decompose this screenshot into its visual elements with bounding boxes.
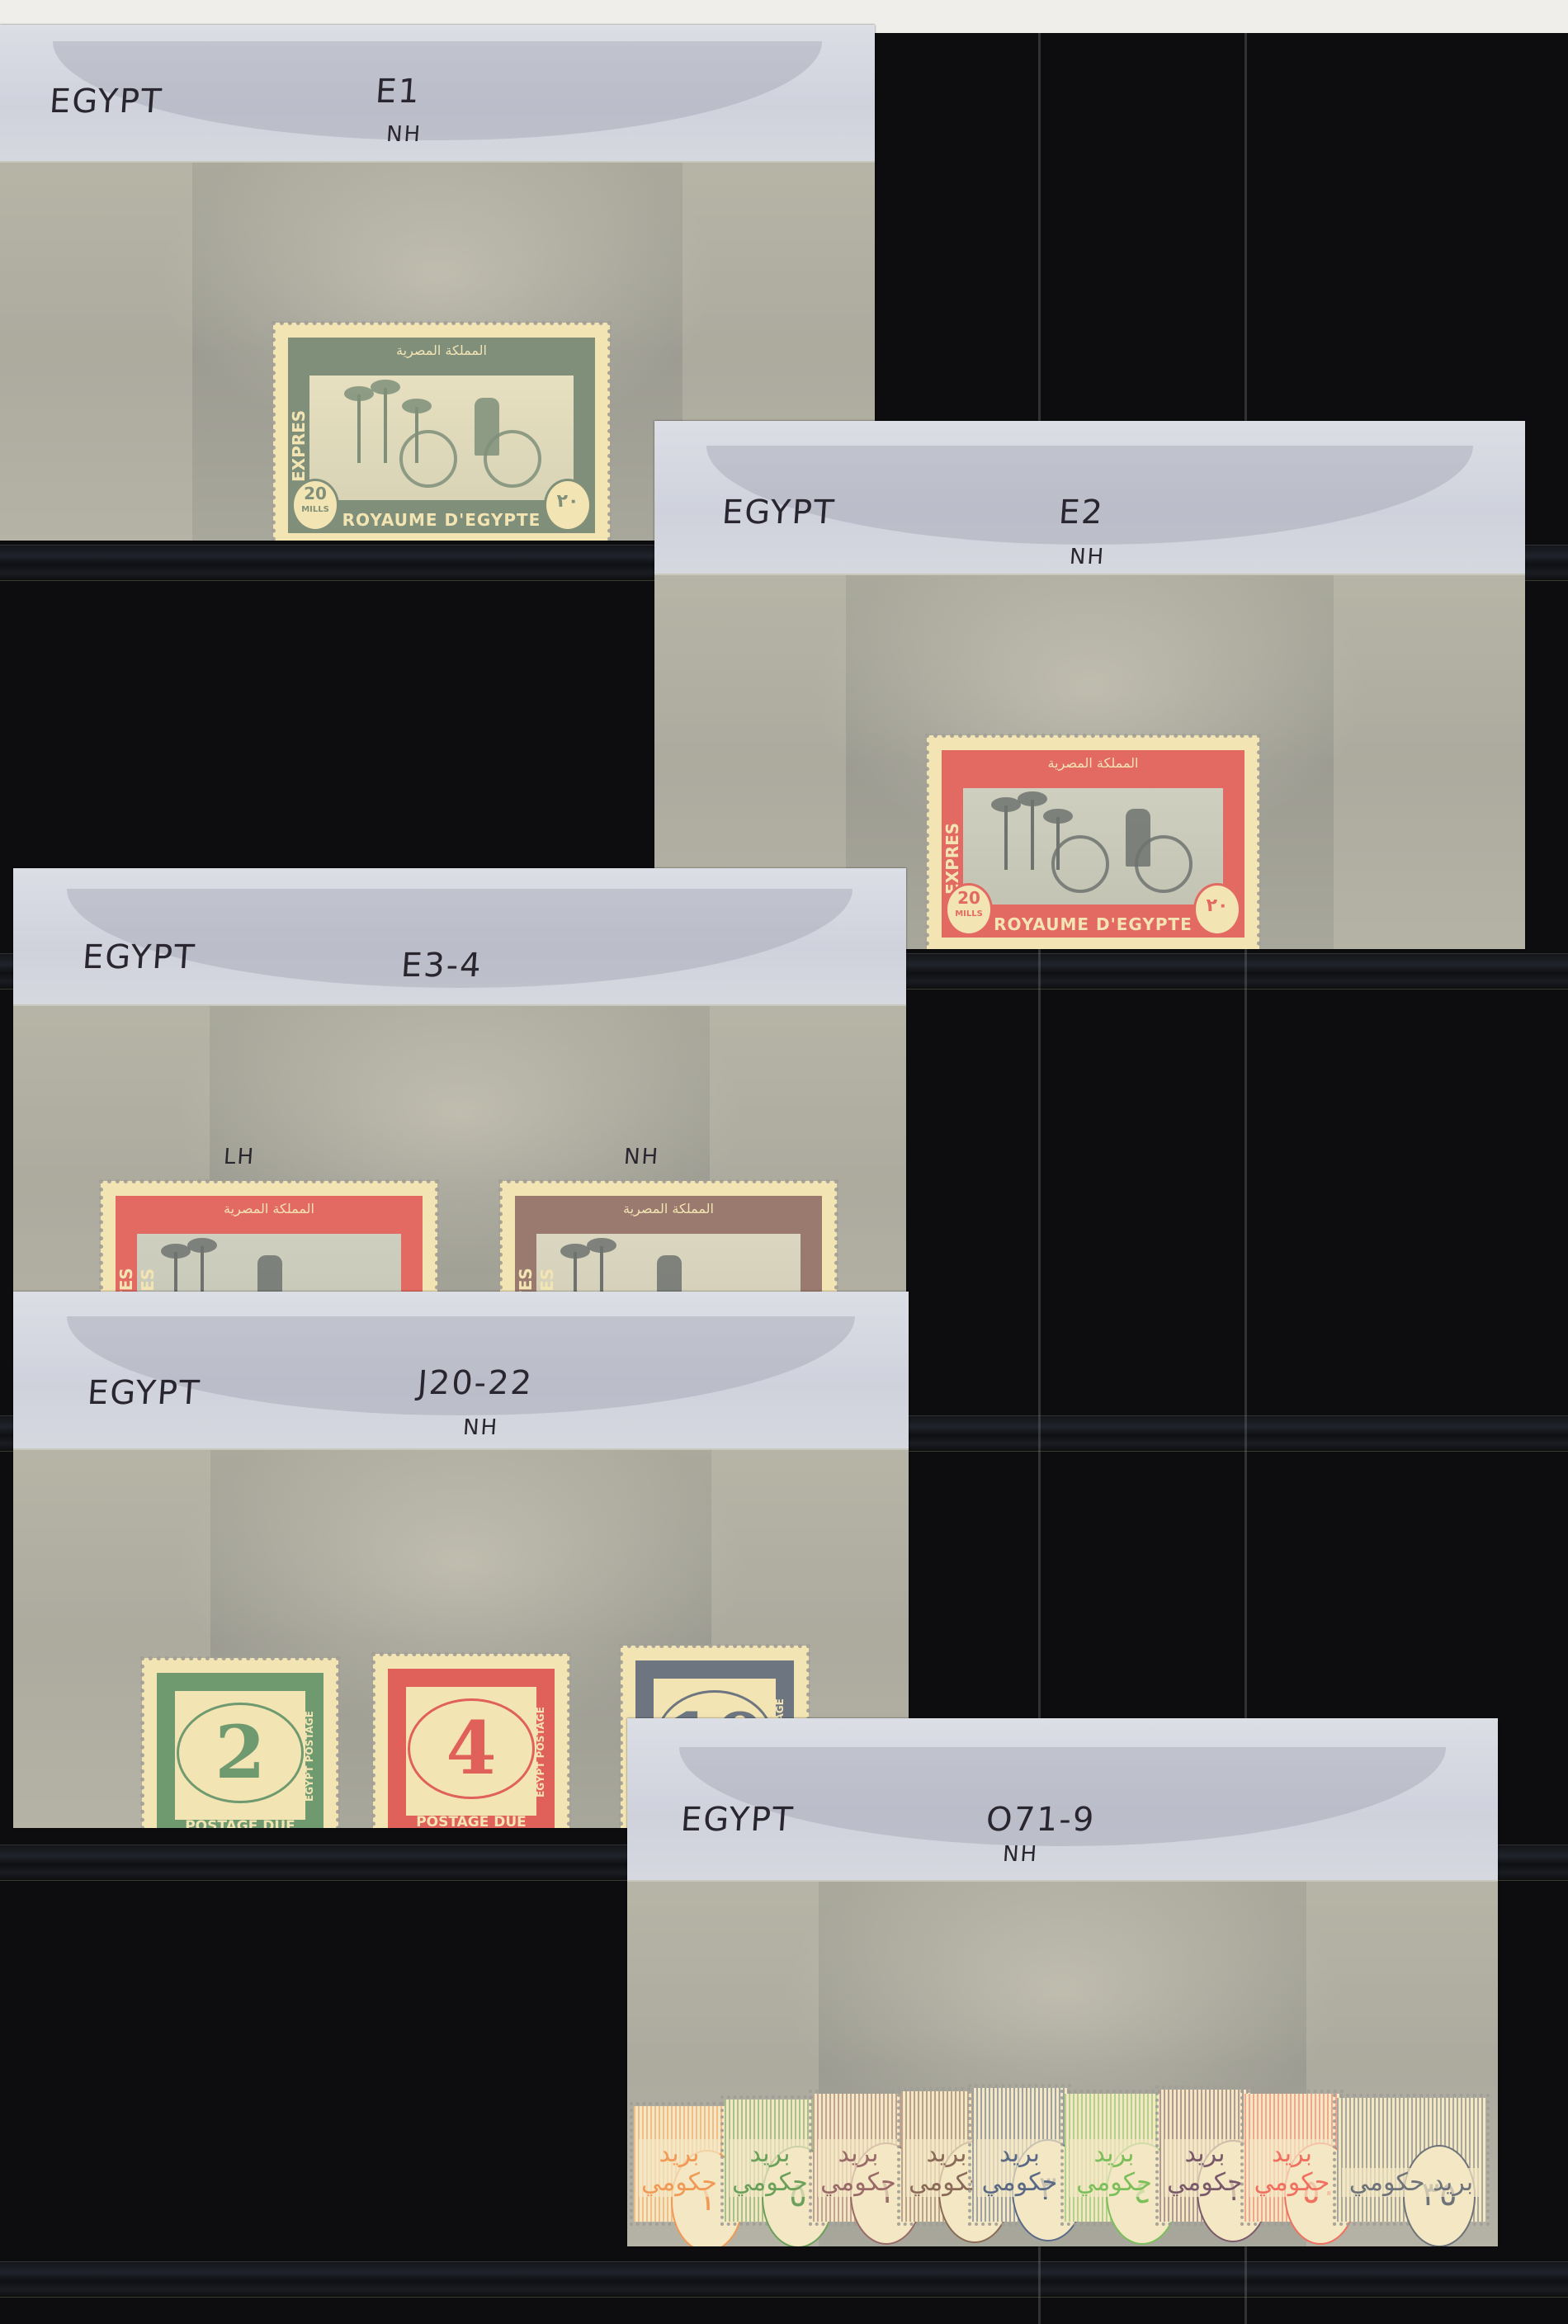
catalog-number: O71-9: [985, 1801, 1096, 1839]
stamp-bottom-label: POSTAGE DUE: [390, 1814, 553, 1828]
country-label: EGYPT: [679, 1801, 795, 1839]
country-label: EGYPT: [86, 1374, 201, 1412]
stamp-postage-due-2[interactable]: 2 EGYPT POSTAGE POSTAGE DUE: [145, 1661, 335, 1828]
stamp-express-e1[interactable]: المملكة المصرية EXPRES 20MILLS ٢٠ ROYAUM…: [276, 326, 607, 541]
glassine-envelope-e3-4[interactable]: EGYPT E3-4 LH NH المملكة المصرية POSTES …: [13, 868, 906, 1363]
stamp-condition-note: NH: [623, 1145, 660, 1169]
stamp-postage-due-4[interactable]: 4 EGYPT POSTAGE POSTAGE DUE: [376, 1657, 566, 1828]
country-label: EGYPT: [81, 938, 196, 976]
stamp-official[interactable]: ٤بريد حكومي: [1065, 2094, 1164, 2222]
country-label: EGYPT: [48, 83, 163, 120]
stamp-inscription: بريد حكومي: [977, 2139, 1062, 2197]
catalog-number: E2: [1057, 494, 1105, 531]
stamp-official[interactable]: ١بريد حكومي: [1159, 2090, 1250, 2222]
stamp-inscription: بريد حكومي: [1249, 2139, 1334, 2197]
stamp-condition-note: LH: [223, 1145, 256, 1169]
stamp-value-arabic: ٢٠: [1193, 883, 1241, 936]
catalog-number: E1: [374, 73, 422, 111]
condition-label: NH: [1069, 545, 1106, 569]
stock-strip: [0, 2261, 1568, 2298]
stamp-official[interactable]: ٣بريد حكومي: [972, 2088, 1067, 2222]
stamp-inscription: بريد حكومي: [1342, 2168, 1481, 2197]
stamp-bottom-label: ROYAUME D'EGYPTE: [334, 510, 549, 530]
condition-label: NH: [385, 122, 423, 147]
stamp-official[interactable]: ٥٠بريد حكومي: [1244, 2094, 1339, 2222]
stamp-express-e2[interactable]: المملكة المصرية EXPRES 20MILLS ٢٠ ROYAUM…: [930, 739, 1256, 949]
stamp-inscription: بريد حكومي: [1164, 2139, 1245, 2197]
stamp-inscription: بريد حكومي: [730, 2139, 810, 2197]
stamp-official[interactable]: ١بريد حكومي: [634, 2106, 725, 2222]
stamp-bottom-label: ROYAUME D'EGYPTE: [988, 914, 1198, 934]
stamp-value: 20MILLS: [945, 883, 993, 936]
motorcycle-scene: [309, 376, 574, 500]
glassine-envelope-o71-9[interactable]: EGYPT O71-9 NH ١بريد حكومي٥بريد حكومي١بر…: [627, 1718, 1498, 2246]
stamp-bottom-label: POSTAGE DUE: [158, 1818, 322, 1828]
stamp-side-label: EGYPT POSTAGE: [535, 1690, 553, 1814]
condition-label: NH: [1002, 1842, 1039, 1867]
stamp-inscription: بريد حكومي: [639, 2139, 720, 2197]
stamp-official[interactable]: ٥بريد حكومي: [725, 2100, 815, 2222]
envelope-flap: [627, 1718, 1498, 1882]
catalog-number: J20-22: [416, 1364, 534, 1402]
stamp-arabic-inscription: المملكة المصرية: [162, 1201, 376, 1216]
motorcycle-scene: [963, 788, 1223, 905]
stamp-value-arabic: ٢٠: [544, 479, 592, 531]
stamp-side-label: EGYPT POSTAGE: [304, 1694, 322, 1818]
stamp-arabic-inscription: المملكة المصرية: [561, 1201, 776, 1216]
stamp-official[interactable]: ١بريد حكومي: [813, 2094, 904, 2222]
country-label: EGYPT: [720, 494, 836, 531]
envelope-flap: [13, 868, 906, 1006]
catalog-number: E3-4: [399, 947, 484, 985]
stamp-inscription: بريد حكومي: [1070, 2139, 1159, 2197]
stamp-official[interactable]: ٣٥بريد حكومي: [1337, 2098, 1485, 2222]
stamp-arabic-inscription: المملكة المصرية: [334, 342, 549, 358]
condition-label: NH: [462, 1415, 499, 1440]
stamp-inscription: بريد حكومي: [818, 2139, 899, 2197]
stamp-value: 20MILLS: [291, 479, 339, 531]
stamp-arabic-inscription: المملكة المصرية: [988, 755, 1198, 771]
